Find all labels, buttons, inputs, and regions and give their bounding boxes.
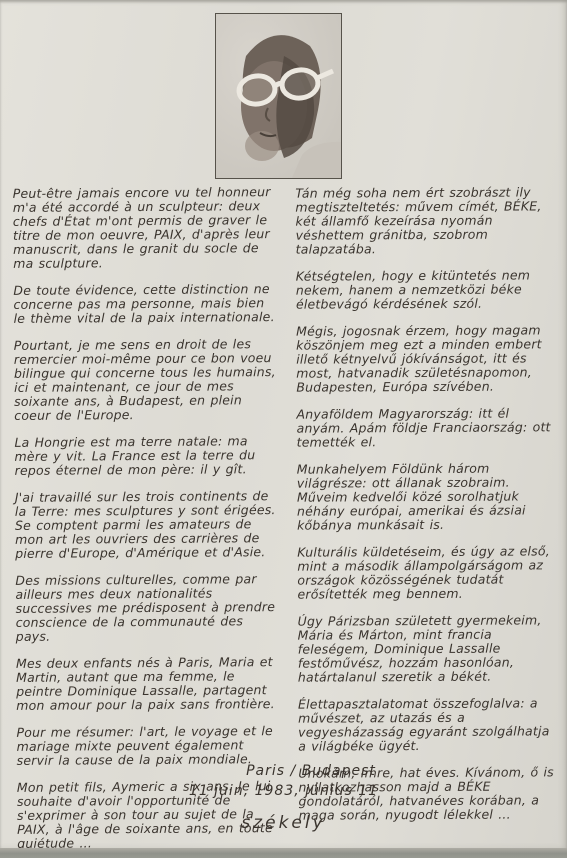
- date-line: 11 juin, 1983, június 11: [0, 783, 567, 799]
- hungarian-paragraph-3: Mégis, jogosnak érzem, hogy magam köszön…: [296, 323, 552, 394]
- hungarian-paragraph-4: Anyaföldem Magyarország: itt él anyám. A…: [296, 406, 552, 449]
- hungarian-paragraph-5: Munkahelyem Földünk három világrésze: ot…: [297, 461, 553, 532]
- hungarian-paragraph-1: Tán még soha nem ért szobrászt ily megti…: [295, 185, 551, 256]
- french-paragraph-4: La Hongrie est ma terre natale: ma mère …: [14, 434, 276, 478]
- signature: székely: [0, 813, 567, 833]
- hungarian-paragraph-8: Élettapasztalatomat összefoglalva: a műv…: [298, 696, 554, 753]
- french-paragraph-3: Pourtant, je me sens en droit de les rem…: [14, 337, 277, 423]
- portrait-frame: [215, 13, 342, 179]
- french-paragraph-1: Peut-être jamais encore vu tel honneur m…: [13, 185, 276, 271]
- french-paragraph-7: Mes deux enfants nés à Paris, Maria et M…: [16, 655, 278, 713]
- french-column: Peut-être jamais encore vu tel honneur m…: [13, 185, 280, 858]
- place-line: Paris / Budapest: [55, 763, 567, 779]
- french-paragraph-2: De toute évidence, cette distinction ne …: [13, 282, 275, 326]
- french-paragraph-6: Des missions culturelles, comme par aill…: [15, 572, 277, 644]
- french-paragraph-5: J'ai travaillé sur les trois continents …: [15, 489, 277, 561]
- hungarian-paragraph-7: Úgy Párizsban született gyermekeim, Mári…: [298, 613, 554, 684]
- hungarian-column: Tán még soha nem ért szobrászt ily megti…: [295, 185, 554, 835]
- hungarian-paragraph-6: Kulturális küldetéseim, és úgy az első, …: [297, 544, 553, 601]
- paper-sheet: Peut-être jamais encore vu tel honneur m…: [0, 0, 567, 849]
- footer-block: Paris / Budapest 11 juin, 1983, június 1…: [0, 763, 567, 833]
- scanned-document: Peut-être jamais encore vu tel honneur m…: [0, 0, 567, 858]
- french-paragraph-8: Pour me résumer: l'art, le voyage et le …: [16, 724, 278, 768]
- scan-bottom-edge: [0, 848, 567, 858]
- hungarian-paragraph-2: Kétségtelen, hogy e kitüntetés nem nekem…: [296, 268, 552, 311]
- portrait-photo: [216, 14, 341, 178]
